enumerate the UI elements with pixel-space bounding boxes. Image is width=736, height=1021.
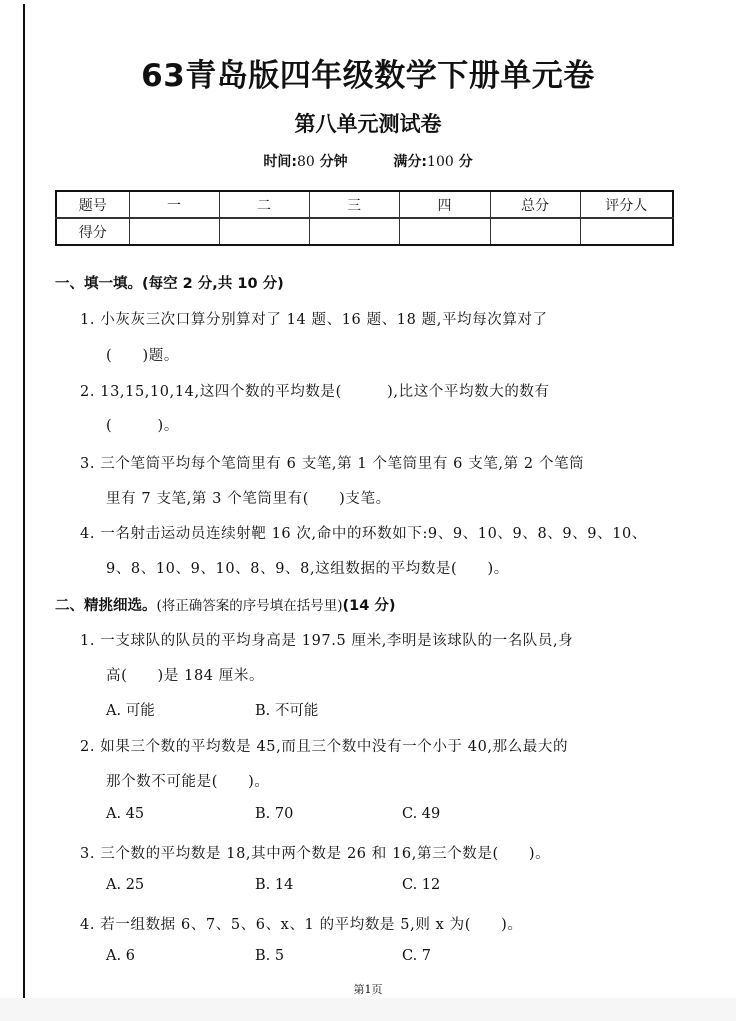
question-text: 13,15,10,14,这四个数的平均数是( ),比这个平均数大的数有 [100, 384, 549, 400]
question-2-1-line-2: 高( )是 184 厘米。 [106, 664, 264, 685]
question-2-4-option-b[interactable]: B. 5 [255, 948, 284, 964]
question-1-1-line-1: 1. 小灰灰三次口算分别算对了 14 题、16 题、18 题,平均每次算对了 [80, 308, 548, 329]
question-2-1-option-b[interactable]: B. 不可能 [255, 699, 318, 720]
question-2-4-option-a[interactable]: A. 6 [106, 948, 135, 964]
score-label: 满分: [393, 154, 427, 170]
question-1-4-line-1: 4. 一名射击运动员连续射靶 16 次,命中的环数如下:9、9、10、9、8、9… [80, 522, 647, 543]
question-text: 如果三个数的平均数是 45,而且三个数中没有一个小于 40,那么最大的 [100, 739, 568, 755]
exam-meta: 时间:80 分钟 满分:100 分 [0, 151, 736, 171]
question-1-2-line-2: ( )。 [106, 414, 179, 435]
time-value: 80 [297, 154, 315, 170]
question-2-3-option-a[interactable]: A. 25 [106, 877, 144, 893]
section-1-heading: 一、填一填。(每空 2 分,共 10 分) [55, 272, 284, 293]
section-2-title: 二、精挑细选。 [55, 598, 157, 614]
section-1-title: 一、填一填。 [55, 276, 142, 292]
question-2-3-option-c[interactable]: C. 12 [402, 877, 440, 893]
question-2-4-line-1: 4. 若一组数据 6、7、5、6、x、1 的平均数是 5,则 x 为( )。 [80, 913, 523, 934]
score-cell-part-1[interactable] [129, 218, 219, 245]
page-number: 第1页 [0, 981, 736, 997]
question-text: 一名射击运动员连续射靶 16 次,命中的环数如下:9、9、10、9、8、9、9、… [100, 526, 647, 542]
section-2-note: (将正确答案的序号填在括号里) [157, 598, 343, 614]
score-cell-part-3[interactable] [309, 218, 399, 245]
score-cell-part-4[interactable] [399, 218, 490, 245]
question-1-3-line-2: 里有 7 支笔,第 3 个笔筒里有( )支笔。 [106, 487, 391, 508]
question-text: 若一组数据 6、7、5、6、x、1 的平均数是 5,则 x 为( )。 [100, 917, 522, 933]
question-number: 2. [80, 739, 95, 755]
section-1-points: (每空 2 分,共 10 分) [142, 276, 284, 292]
question-2-3-line-1: 3. 三个数的平均数是 18,其中两个数是 26 和 16,第三个数是( )。 [80, 842, 550, 863]
question-1-2-line-1: 2. 13,15,10,14,这四个数的平均数是( ),比这个平均数大的数有 [80, 380, 550, 401]
question-number: 4. [80, 917, 95, 933]
question-text: 一支球队的队员的平均身高是 197.5 厘米,李明是该球队的一名队员,身 [100, 633, 573, 649]
question-2-2-option-b[interactable]: B. 70 [255, 806, 293, 822]
header-cell-grader: 评分人 [580, 191, 673, 218]
score-cell-grader[interactable] [580, 218, 673, 245]
question-text: 小灰灰三次口算分别算对了 14 题、16 题、18 题,平均每次算对了 [100, 312, 547, 328]
question-number: 1. [80, 312, 95, 328]
question-2-2-option-c[interactable]: C. 49 [402, 806, 440, 822]
score-unit: 分 [459, 154, 473, 170]
question-2-2-line-1: 2. 如果三个数的平均数是 45,而且三个数中没有一个小于 40,那么最大的 [80, 735, 568, 756]
question-number: 2. [80, 384, 95, 400]
header-cell-total: 总分 [490, 191, 580, 218]
question-1-1-line-2: ( )题。 [106, 344, 179, 365]
question-2-4-option-c[interactable]: C. 7 [402, 948, 431, 964]
score-cell-part-2[interactable] [219, 218, 309, 245]
row-label-score: 得分 [56, 218, 129, 245]
score-cell-total[interactable] [490, 218, 580, 245]
question-2-1-line-1: 1. 一支球队的队员的平均身高是 197.5 厘米,李明是该球队的一名队员,身 [80, 629, 573, 650]
question-number: 3. [80, 846, 95, 862]
question-2-2-option-a[interactable]: A. 45 [106, 806, 144, 822]
question-text: 三个数的平均数是 18,其中两个数是 26 和 16,第三个数是( )。 [100, 846, 550, 862]
header-cell-part-2: 二 [219, 191, 309, 218]
exam-page: 63青岛版四年级数学下册单元卷 第八单元测试卷 时间:80 分钟 满分:100 … [0, 0, 718, 998]
time-label: 时间: [263, 154, 297, 170]
question-number: 3. [80, 456, 95, 472]
header-cell-part-3: 三 [309, 191, 399, 218]
page-bottom-margin [0, 998, 736, 1021]
header-cell-part-4: 四 [399, 191, 490, 218]
question-1-3-line-1: 3. 三个笔筒平均每个笔筒里有 6 支笔,第 1 个笔筒里有 6 支笔,第 2 … [80, 452, 584, 473]
question-1-4-line-2: 9、8、10、9、10、8、9、8,这组数据的平均数是( )。 [106, 557, 509, 578]
score-value: 100 [427, 154, 454, 170]
document-subtitle: 第八单元测试卷 [0, 108, 736, 138]
section-2-points: (14 分) [343, 598, 396, 614]
time-unit: 分钟 [320, 154, 348, 170]
question-text: 三个笔筒平均每个笔筒里有 6 支笔,第 1 个笔筒里有 6 支笔,第 2 个笔筒 [100, 456, 584, 472]
score-table: 题号 一 二 三 四 总分 评分人 得分 [55, 190, 674, 246]
question-2-3-option-b[interactable]: B. 14 [255, 877, 293, 893]
score-table-score-row: 得分 [56, 218, 673, 245]
question-2-2-line-2: 那个数不可能是( )。 [106, 770, 270, 791]
header-cell-question-no: 题号 [56, 191, 129, 218]
header-cell-part-1: 一 [129, 191, 219, 218]
question-number: 4. [80, 526, 95, 542]
document-title: 63青岛版四年级数学下册单元卷 [0, 50, 736, 95]
question-2-1-option-a[interactable]: A. 可能 [106, 699, 155, 720]
section-2-heading: 二、精挑细选。(将正确答案的序号填在括号里)(14 分) [55, 594, 396, 615]
question-number: 1. [80, 633, 95, 649]
score-table-header-row: 题号 一 二 三 四 总分 评分人 [56, 191, 673, 218]
